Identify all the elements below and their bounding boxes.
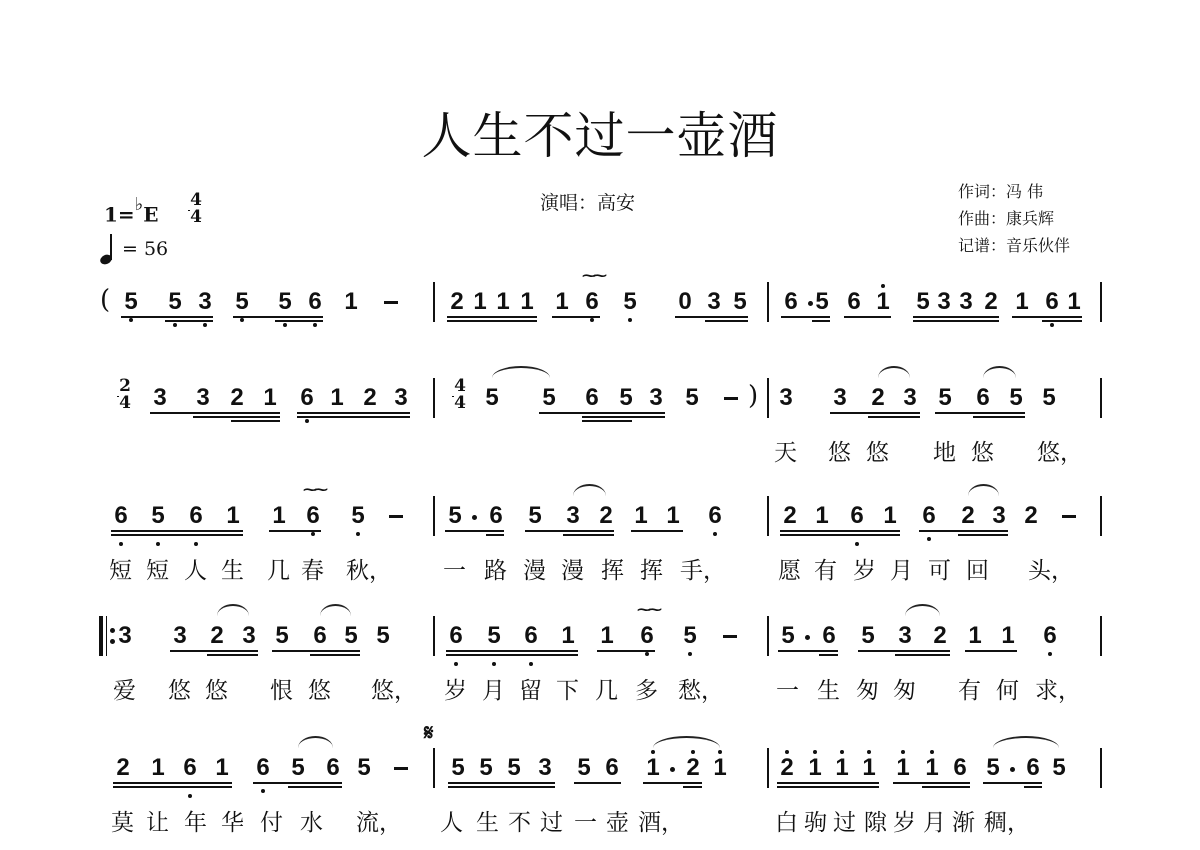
high-octave-dot [651,750,655,754]
note: 2 [778,756,796,780]
sustain-dash [384,301,398,304]
beam-underline [973,416,1025,418]
mordent-icon: ⁓⁓ [582,268,604,284]
beam-underline [812,320,830,322]
beam-underline [231,420,280,422]
beam-underline [297,412,410,414]
barline [433,616,435,656]
segno-icon: 𝄋 [424,720,433,746]
note: 3 [116,624,134,648]
note: 3 [536,756,554,780]
lyric: 年 [184,804,207,837]
note: 2 [448,290,466,314]
lyric: 酒， [638,804,684,837]
note: 6 [583,386,601,410]
beam-underline [582,412,632,414]
lyric: 岁 [444,672,467,705]
slur [320,604,351,616]
note: 1 [813,504,831,528]
note: 6 [951,756,969,780]
high-octave-dot [867,750,871,754]
low-octave-dot [119,542,123,546]
beam-underline [913,316,999,318]
tempo-value: = 56 [122,238,168,260]
note: 6 [306,290,324,314]
beam-underline [563,530,614,532]
note: 1 [833,756,851,780]
transcriber-credit: 记谱：音乐伙伴 [958,232,1070,259]
lyric: 留 [519,672,542,705]
note: 5 [166,290,184,314]
time-signature: 24 [117,378,133,412]
note: 1 [966,624,984,648]
lyric: 流， [356,804,402,837]
low-octave-dot [590,318,594,322]
beam-underline [844,316,891,318]
low-octave-dot [156,542,160,546]
lyric: 春 [301,552,324,585]
lyric: 让 [146,804,169,837]
beam-underline [705,320,748,322]
note: 5 [731,290,749,314]
repeat-dot [110,639,115,644]
note: 5 [681,624,699,648]
note: 1 [270,504,288,528]
sustain-dash [394,767,408,770]
low-octave-dot [529,662,533,666]
note: 2 [959,504,977,528]
lyric: 挥 [640,552,663,585]
beam-underline [231,416,280,418]
note: 3 [935,290,953,314]
barline [1100,496,1102,536]
note: 5 [936,386,954,410]
lyric: 驹 [804,804,827,837]
beam-underline [269,530,321,532]
barline [767,496,769,536]
note: 5 [526,504,544,528]
note: 5 [1040,386,1058,410]
sustain-dash [389,515,403,518]
beam-underline [868,412,920,414]
note: 6 [447,624,465,648]
beam-underline [683,786,702,788]
note: 3 [705,290,723,314]
lyric: 几 [595,672,618,705]
lyric: 人 [184,552,207,585]
barline [767,282,769,322]
augmentation-dot [670,767,675,772]
lyric: 路 [484,552,507,585]
beam-underline [597,650,655,652]
note: 5 [233,290,251,314]
lyric: 回 [966,552,989,585]
barline [1100,378,1102,418]
note: 5 [273,624,291,648]
low-octave-dot [645,652,649,656]
note: 6 [112,504,130,528]
lyric: 挥 [601,552,624,585]
note: 3 [194,386,212,410]
lyric: 悠 [205,672,228,705]
lyric: 有 [814,552,837,585]
beam-underline [207,650,258,652]
barline [767,748,769,788]
low-octave-dot [713,532,717,536]
lyric: 恨 [270,672,293,705]
note: 1 [632,504,650,528]
key-letter: E [143,203,158,227]
low-octave-dot [628,318,632,322]
note: 5 [485,624,503,648]
low-octave-dot [188,794,192,798]
lyric: 天 [774,434,797,467]
note: 6 [706,504,724,528]
note: 5 [914,290,932,314]
note: 5 [575,756,593,780]
time-signature: 4 4 [188,192,204,226]
note: 1 [874,290,892,314]
beam-underline [113,782,232,784]
high-octave-dot [881,284,885,288]
barline [433,282,435,322]
augmentation-dot [805,635,810,640]
beam-underline [922,786,970,788]
beam-underline [973,412,1025,414]
lyric: 悠 [971,434,994,467]
paren-open: ( [100,285,110,315]
lyric: 悠， [371,672,417,705]
lyric: 悠 [168,672,191,705]
beam-underline [165,316,213,318]
note: 1 [860,756,878,780]
note: 3 [392,386,410,410]
high-octave-dot [901,750,905,754]
lyric: 地 [933,434,956,467]
beam-underline [288,786,342,788]
sustain-dash [723,635,737,638]
barline [433,496,435,536]
lyric: 手， [680,552,726,585]
lyricist-credit: 作词：冯 伟 [958,178,1070,205]
tempo-marking: = 56 [100,234,168,264]
song-title: 人生不过一壶酒 [0,96,1200,168]
time-sig-bottom: 4 [188,209,204,226]
note: 1 [664,504,682,528]
lyric: 一 [776,672,799,705]
key-label: 1= [104,203,135,227]
lyric: 莫 [111,804,134,837]
note: 1 [1013,290,1031,314]
low-octave-dot [454,662,458,666]
note: 1 [559,624,577,648]
beam-underline [231,412,280,414]
note: 6 [1043,290,1061,314]
note: 2 [931,624,949,648]
note: 5 [449,756,467,780]
note: 6 [254,756,272,780]
note: 2 [208,624,226,648]
low-octave-dot [1050,323,1054,327]
note: 1 [213,756,231,780]
lyric: 白 [775,804,798,837]
beam-underline [113,786,232,788]
sustain-dash [1062,515,1076,518]
augmentation-dot [1010,767,1015,772]
lyric: 愿 [778,552,801,585]
note: 5 [446,504,464,528]
slur [878,366,910,378]
note: 6 [324,756,342,780]
low-octave-dot [173,323,177,327]
beam-underline [275,320,323,322]
lyric: 月 [923,804,946,837]
singer-credit: 演唱：高安 [540,188,635,215]
note: 2 [361,386,379,410]
beam-underline [310,654,360,656]
lyric: 漫 [561,552,584,585]
mordent-icon: ⁓⁓ [303,482,325,498]
note: 1 [881,504,899,528]
beam-underline [777,782,879,784]
lyric: 华 [221,804,244,837]
lyric: 头， [1028,552,1074,585]
lyric: 可 [928,552,951,585]
mordent-icon: ⁓⁓ [637,602,659,618]
note: 1 [806,756,824,780]
note: 6 [1041,624,1059,648]
note: 1 [518,290,536,314]
high-octave-dot [691,750,695,754]
lyric: 多 [635,672,658,705]
slur [573,484,606,496]
lyric: 过 [540,804,563,837]
note: 2 [781,504,799,528]
note: 2 [114,756,132,780]
lyric: 悠， [1037,434,1083,467]
note: 5 [122,290,140,314]
note: 5 [342,624,360,648]
slur [983,366,1016,378]
note: 1 [471,290,489,314]
note: 5 [483,386,501,410]
note: 3 [777,386,795,410]
note: 5 [355,756,373,780]
note: 6 [298,386,316,410]
note: 3 [151,386,169,410]
beam-underline [275,316,323,318]
note: 3 [831,386,849,410]
lyric: 悠 [828,434,851,467]
lyric: 生 [476,804,499,837]
beam-underline [297,416,410,418]
repeat-barline-thin [106,616,107,656]
note: 6 [487,504,505,528]
slur [968,484,999,496]
beam-underline [552,316,600,318]
key-signature: 1=♭E [104,198,158,227]
lyric: 生 [817,672,840,705]
lyric: 过 [833,804,856,837]
quarter-note-icon [100,234,114,264]
lyric: 何 [996,672,1019,705]
barline [1100,282,1102,322]
lyric: 稠， [984,804,1030,837]
note: 5 [779,624,797,648]
note: 5 [477,756,495,780]
lyric: 愁， [678,672,724,705]
note: 5 [149,504,167,528]
note: 5 [276,290,294,314]
note: 1 [553,290,571,314]
beam-underline [448,786,555,788]
lyric: 生 [221,552,244,585]
beam-underline [447,320,537,322]
note: 6 [603,756,621,780]
beam-underline [446,650,578,652]
note: 3 [901,386,919,410]
lyric: 壶 [606,804,629,837]
barline [433,378,435,418]
beam-underline [922,782,970,784]
note: 6 [845,290,863,314]
note: 1 [328,386,346,410]
lyric: 求， [1035,672,1081,705]
paren-close: ) [748,381,758,411]
note: 1 [224,504,242,528]
note: 1 [644,756,662,780]
note: 2 [597,504,615,528]
low-octave-dot [261,789,265,793]
note: 1 [894,756,912,780]
note: 1 [1065,290,1083,314]
lyric: 匆 [893,672,916,705]
beam-underline [165,320,213,322]
note: 6 [920,504,938,528]
beam-underline [447,316,537,318]
low-octave-dot [855,542,859,546]
beam-underline [705,316,748,318]
note: 5 [984,756,1002,780]
note: 6 [187,504,205,528]
note: 5 [505,756,523,780]
high-octave-dot [930,750,934,754]
lyric: 短 [146,552,169,585]
beam-underline [288,782,342,784]
sustain-dash [724,397,738,400]
beam-underline [111,530,243,532]
lyric: 岁 [853,552,876,585]
lyric: 隙 [864,804,887,837]
beam-underline [310,650,360,652]
composer-credit: 作曲：康兵辉 [958,205,1070,232]
beam-underline [868,416,920,418]
low-octave-dot [356,532,360,536]
lyric: 人 [440,804,463,837]
note: 5 [289,756,307,780]
note: 3 [240,624,258,648]
note: 6 [848,504,866,528]
low-octave-dot [313,323,317,327]
time-signature: 44 [452,378,468,412]
note: 3 [564,504,582,528]
note: 3 [957,290,975,314]
note: 3 [896,624,914,648]
note: 2 [684,756,702,780]
note: 1 [149,756,167,780]
beam-underline [895,654,950,656]
high-octave-dot [840,750,844,754]
note: 6 [820,624,838,648]
note: 5 [617,386,635,410]
beam-underline [486,530,504,532]
beam-underline [486,534,504,536]
flat-icon: ♭ [135,194,144,215]
repeat-barline-thick [99,616,103,656]
note: 5 [859,624,877,648]
lyric: 秋， [346,552,392,585]
low-octave-dot [927,537,931,541]
slur [217,604,249,616]
low-octave-dot [203,323,207,327]
low-octave-dot [283,323,287,327]
beam-underline [965,650,1017,652]
lyric: 匆 [856,672,879,705]
beam-underline [1024,786,1042,788]
lyric: 悠 [308,672,331,705]
lyric: 不 [508,804,531,837]
note: 1 [598,624,616,648]
low-octave-dot [305,419,309,423]
lyric: 有 [958,672,981,705]
beam-underline [207,654,258,656]
low-octave-dot [492,662,496,666]
note: 5 [621,290,639,314]
note: 3 [990,504,1008,528]
barline [767,616,769,656]
high-octave-dot [785,750,789,754]
beam-underline [563,534,614,536]
lyric: 一 [443,552,466,585]
lyric: 一 [574,804,597,837]
slur [298,736,333,748]
beam-underline [913,320,999,322]
barline [767,378,769,418]
beam-underline [111,534,243,536]
note: 1 [342,290,360,314]
beam-underline [631,530,683,532]
credits-block: 作词：冯 伟 作曲：康兵辉 记谱：音乐伙伴 [958,178,1070,259]
note: 5 [1007,386,1025,410]
low-octave-dot [688,652,692,656]
note: 6 [638,624,656,648]
lyric: 岁 [893,804,916,837]
high-octave-dot [813,750,817,754]
barline [1100,616,1102,656]
lyric: 短 [109,552,132,585]
note: 3 [647,386,665,410]
slur [653,736,720,748]
beam-underline [780,530,900,532]
low-octave-dot [194,542,198,546]
beam-underline [812,316,830,318]
lyric: 下 [556,672,579,705]
beam-underline [1024,782,1042,784]
note: 1 [923,756,941,780]
note: 3 [171,624,189,648]
beam-underline [958,534,1008,536]
beam-underline [819,654,838,656]
